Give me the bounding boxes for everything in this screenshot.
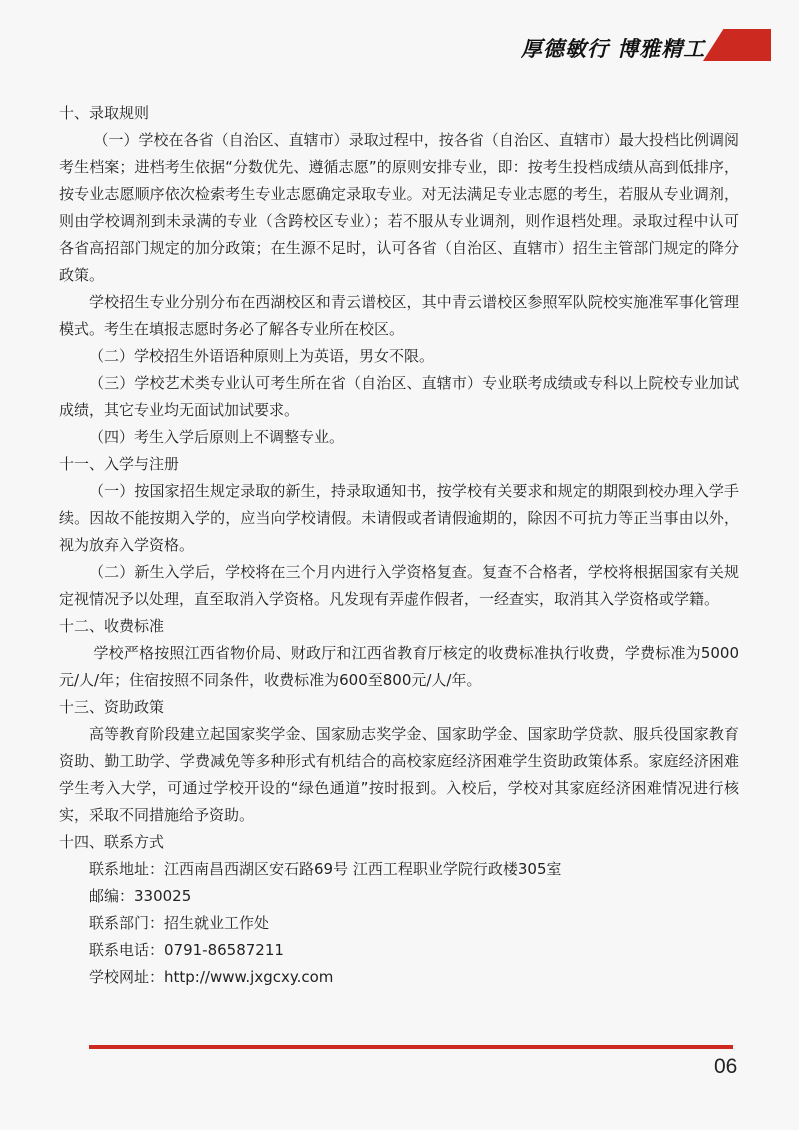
contact-postcode: 邮编：330025 — [59, 883, 739, 910]
section-contact: 十四、联系方式 联系地址：江西南昌西湖区安石路69号 江西工程职业学院行政楼30… — [59, 829, 739, 991]
section-enrollment-registration: 十一、入学与注册 （一）按国家招生规定录取的新生，持录取通知书，按学校有关要求和… — [59, 451, 739, 613]
paragraph: 学校招生专业分别分布在西湖校区和青云谱校区，其中青云谱校区参照军队院校实施准军事… — [59, 289, 739, 343]
paragraph: （二）新生入学后，学校将在三个月内进行入学资格复查。复查不合格者，学校将根据国家… — [59, 559, 739, 613]
footer-divider — [89, 1045, 733, 1049]
section-heading: 十一、入学与注册 — [59, 451, 739, 478]
paragraph: （一）按国家招生规定录取的新生，持录取通知书，按学校有关要求和规定的期限到校办理… — [59, 478, 739, 559]
contact-department: 联系部门：招生就业工作处 — [59, 910, 739, 937]
document-body: 十、录取规则 （一）学校在各省（自治区、直辖市）录取过程中，按各省（自治区、直辖… — [59, 100, 739, 991]
section-heading: 十三、资助政策 — [59, 694, 739, 721]
contact-website[interactable]: 学校网址：http://www.jxgcxy.com — [59, 964, 739, 991]
paragraph: （三）学校艺术类专业认可考生所在省（自治区、直辖市）专业联考成绩或专科以上院校专… — [59, 370, 739, 424]
paragraph: 高等教育阶段建立起国家奖学金、国家励志奖学金、国家助学金、国家助学贷款、服兵役国… — [59, 721, 739, 829]
section-heading: 十四、联系方式 — [59, 829, 739, 856]
section-fees: 十二、收费标准 学校严格按照江西省物价局、财政厅和江西省教育厅核定的收费标准执行… — [59, 613, 739, 694]
contact-phone: 联系电话：0791-86587211 — [59, 937, 739, 964]
header-red-trapezoid — [703, 29, 771, 61]
section-financial-aid: 十三、资助政策 高等教育阶段建立起国家奖学金、国家励志奖学金、国家助学金、国家助… — [59, 694, 739, 829]
paragraph: （四）考生入学后原则上不调整专业。 — [59, 424, 739, 451]
contact-address: 联系地址：江西南昌西湖区安石路69号 江西工程职业学院行政楼305室 — [59, 856, 739, 883]
section-heading: 十、录取规则 — [59, 100, 739, 127]
paragraph: 学校严格按照江西省物价局、财政厅和江西省教育厅核定的收费标准执行收费，学费标准为… — [59, 640, 739, 694]
section-heading: 十二、收费标准 — [59, 613, 739, 640]
section-admission-rules: 十、录取规则 （一）学校在各省（自治区、直辖市）录取过程中，按各省（自治区、直辖… — [59, 100, 739, 451]
header-slogan: 厚德敏行 博雅精工 — [521, 33, 705, 63]
paragraph: （二）学校招生外语语种原则上为英语，男女不限。 — [59, 343, 739, 370]
paragraph: （一）学校在各省（自治区、直辖市）录取过程中，按各省（自治区、直辖市）最大投档比… — [59, 127, 739, 289]
page-number: 06 — [714, 1055, 737, 1079]
